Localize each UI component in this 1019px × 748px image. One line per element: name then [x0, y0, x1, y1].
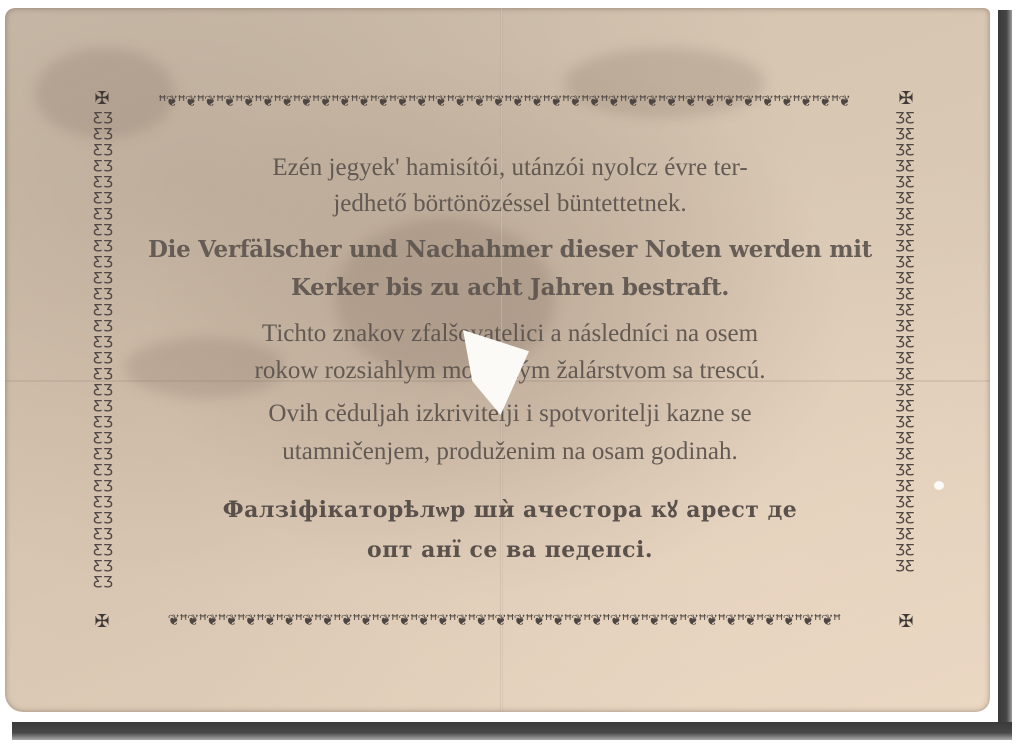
- border-left-ornament: ƸƷƸƷƸƷƸƷƸƷƸƷƸƷƸƷƸƷƸƷƸƷƸƷƸƷƸƷƸƷƸƷƸƷƸƷƸƷƸƷ…: [93, 110, 113, 611]
- warning-line: jedhető börtönözéssel büntettetnek.: [130, 186, 890, 222]
- warning-line: Die Verfälscher und Nachahmer dieser Not…: [130, 231, 890, 269]
- corner-ornament-icon: ✠: [91, 88, 113, 110]
- warning-line: Ovih cĕduljah izkrivitelji i spotvoritel…: [130, 395, 890, 433]
- warning-line: utamničenjem, produženim na osam godinah…: [130, 433, 890, 471]
- border-right-ornament: ƷƸƷƸƷƸƷƸƷƸƷƸƷƸƷƸƷƸƷƸƷƸƷƸƷƸƷƸƷƸƷƸƷƸƷƸƷƸƷƸ…: [895, 110, 915, 611]
- border-bottom-ornament: ❦ꟸ❦ꟸ❦ꟸ❦ꟸ❦ꟸ❦ꟸ❦ꟸ❦ꟸ❦ꟸ❦ꟸ❦ꟸ❦ꟸ❦ꟸ❦ꟸ❦ꟸ❦ꟸ❦ꟸ❦ꟸ❦ꟸ❦ꟸ…: [101, 611, 907, 629]
- corner-ornament-icon: ✠: [895, 611, 917, 633]
- warning-german: Die Verfälscher und Nachahmer dieser Not…: [130, 231, 890, 307]
- corner-ornament-icon: ✠: [91, 611, 113, 633]
- corner-ornament-icon: ✠: [895, 88, 917, 110]
- punch-hole: [934, 481, 944, 490]
- border-top-ornament: ꟸ❦ꟸ❦ꟸ❦ꟸ❦ꟸ❦ꟸ❦ꟸ❦ꟸ❦ꟸ❦ꟸ❦ꟸ❦ꟸ❦ꟸ❦ꟸ❦ꟸ❦ꟸ❦ꟸ❦ꟸ❦ꟸ❦ꟸ❦…: [101, 92, 907, 110]
- warning-romanian: Фалзіфікаторѣлѡр шѝ ачестора кꙋ арест де…: [130, 490, 890, 570]
- warning-croatian: Ovih cĕduljah izkrivitelji i spotvoritel…: [130, 395, 890, 471]
- warning-line: Ezén jegyek' hamisítói, utánzói nyolcz é…: [130, 150, 890, 186]
- warning-line: опт анї се ва педепсі.: [130, 530, 890, 570]
- warning-hungarian: Ezén jegyek' hamisítói, utánzói nyolcz é…: [130, 150, 890, 222]
- drop-shadow-bottom: [12, 722, 1012, 740]
- warning-line: Kerker bis zu acht Jahren bestraft.: [130, 269, 890, 307]
- warning-line: Фалзіфікаторѣлѡр шѝ ачестора кꙋ арест де: [130, 490, 890, 530]
- drop-shadow-right: [998, 10, 1012, 740]
